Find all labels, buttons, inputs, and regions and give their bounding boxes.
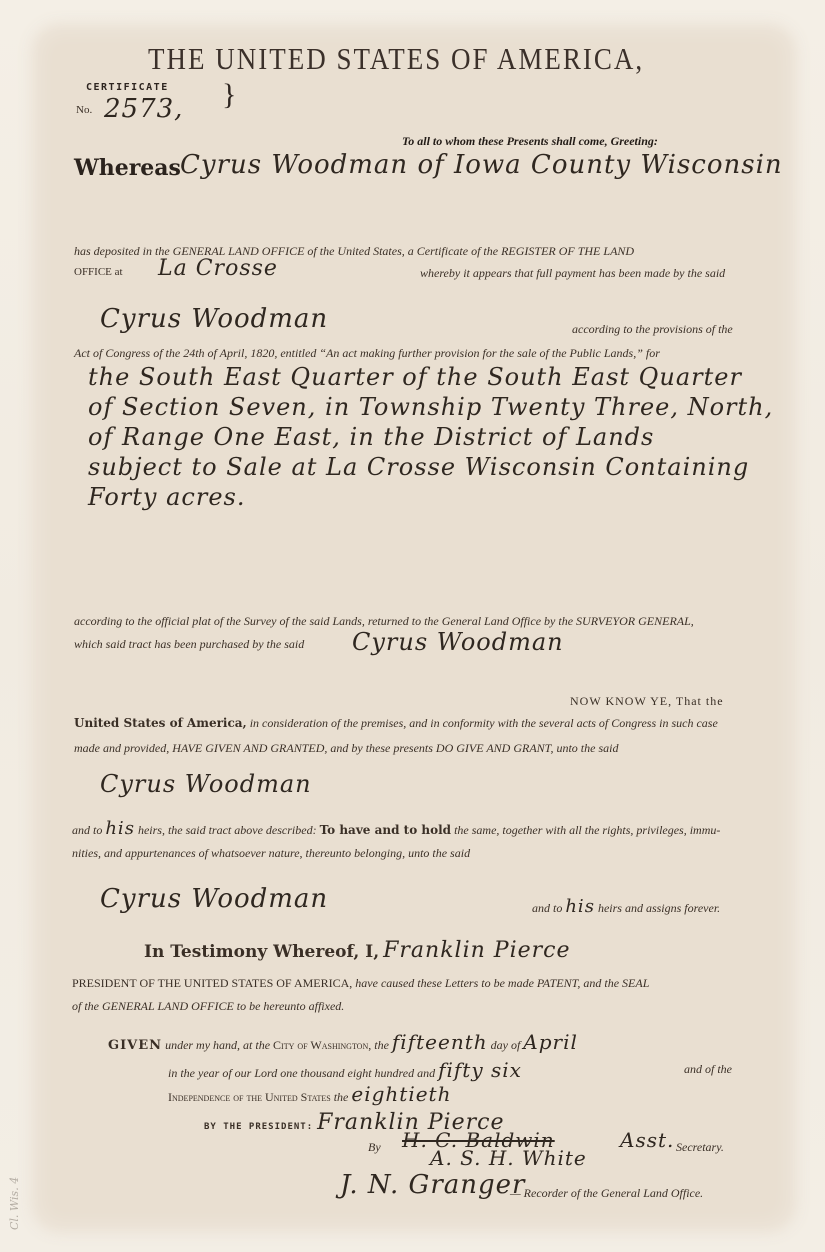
heirs-assigns-text: heirs and assigns forever. — [598, 901, 720, 915]
certificate-no-label: No. — [76, 104, 92, 116]
testimony-gothic: In Testimony Whereof, I, — [144, 942, 379, 962]
payment-text: whereby it appears that full payment has… — [420, 266, 725, 281]
given-label: GIVEN — [108, 1038, 162, 1053]
and-of-the-text: and of the — [684, 1062, 732, 1077]
secretary-handwritten: A. S. H. White — [430, 1146, 587, 1170]
page-background: Cl. Wis. 4 THE UNITED STATES OF AMERICA,… — [0, 0, 825, 1252]
month-handwritten: April — [523, 1030, 578, 1054]
independence-handwritten: eightieth — [351, 1082, 451, 1106]
year-line: in the year of our Lord one thousand eig… — [168, 1058, 522, 1082]
document-title: THE UNITED STATES OF AMERICA, — [148, 42, 644, 77]
habendum-paragraph: and to his heirs, the said tract above d… — [72, 818, 720, 839]
letters-patent-text: have caused these Letters to be made PAT… — [355, 976, 649, 990]
independence-the: the — [334, 1090, 349, 1104]
now-know-ye: NOW KNOW YE, That the — [570, 694, 724, 709]
by-label: By — [368, 1140, 381, 1155]
secretary-label: Secretary. — [676, 1140, 724, 1155]
united-states-gothic: United States of America, — [74, 716, 247, 730]
his-handwritten: his — [105, 818, 135, 839]
city-of-washington: City of Washington, — [273, 1038, 371, 1052]
survey-text: according to the official plat of the Su… — [74, 614, 694, 629]
payer-handwritten: Cyrus Woodman — [100, 304, 328, 334]
margin-note: Cl. Wis. 4 — [8, 1110, 28, 1230]
year-handwritten: fifty six — [438, 1058, 522, 1082]
year-text: in the year of our Lord one thousand eig… — [168, 1066, 435, 1080]
given-text: under my hand, at the — [165, 1038, 270, 1052]
asst-handwritten: Asst. — [620, 1128, 674, 1152]
greeting: To all to whom these Presents shall come… — [402, 134, 658, 149]
day-handwritten: fifteenth — [392, 1030, 488, 1054]
land-office-handwritten: La Crosse — [158, 256, 278, 281]
legal-line: Forty acres. — [88, 482, 773, 512]
legal-line: of Range One East, in the District of La… — [88, 422, 773, 452]
consideration-text: in consideration of the premises, and in… — [250, 716, 718, 730]
purchased-text: which said tract has been purchased by t… — [74, 637, 304, 652]
his-handwritten-2: his — [565, 896, 595, 917]
appurtenances-text: nities, and appurtenances of whatsoever … — [72, 846, 470, 861]
given-line: GIVEN under my hand, at the City of Wash… — [108, 1030, 578, 1054]
patent-line: PRESIDENT OF THE UNITED STATES OF AMERIC… — [72, 976, 649, 991]
grantee2-handwritten: Cyrus Woodman — [100, 884, 328, 914]
grant-paragraph: United States of America, in considerati… — [74, 716, 718, 731]
heirs-text: heirs, the said tract above described: — [138, 823, 317, 837]
grantee-handwritten: Cyrus Woodman — [100, 770, 312, 798]
whereas-label: Whereas — [74, 155, 181, 181]
purchaser-handwritten: Cyrus Woodman — [352, 628, 564, 656]
assigns-line: and to his heirs and assigns forever. — [532, 896, 720, 917]
whereas-handwritten: Cyrus Woodman of Iowa County Wisconsin — [180, 150, 783, 180]
and-to-text-2: and to — [532, 901, 562, 915]
rights-text: the same, together with all the rights, … — [454, 823, 720, 837]
brace-icon: } — [222, 78, 236, 112]
by-president-label: BY THE PRESIDENT: — [204, 1122, 313, 1132]
president-title: PRESIDENT OF THE UNITED STATES OF AMERIC… — [72, 976, 352, 990]
testimony-line: In Testimony Whereof, I, Franklin Pierce — [144, 938, 571, 963]
recorder-handwritten: J. N. Granger — [340, 1170, 525, 1200]
granted-text: made and provided, HAVE GIVEN AND GRANTE… — [74, 741, 618, 756]
given-the: the — [374, 1038, 389, 1052]
and-to-text: and to — [72, 823, 102, 837]
certificate-number: 2573, — [104, 94, 183, 124]
to-have-and-to-hold-gothic: To have and to hold — [320, 823, 452, 837]
legal-line: the South East Quarter of the South East… — [88, 362, 773, 392]
recorder-label: — Recorder of the General Land Office. — [510, 1186, 703, 1201]
independence-line: Independence of the United States the ei… — [168, 1082, 451, 1106]
office-at-label: OFFICE at — [74, 266, 123, 278]
independence-label: Independence of the United States — [168, 1090, 331, 1104]
seal-text: of the GENERAL LAND OFFICE to be hereunt… — [72, 999, 344, 1014]
certificate-label: CERTIFICATE — [86, 82, 169, 93]
legal-line: subject to Sale at La Crosse Wisconsin C… — [88, 452, 773, 482]
legal-description-handwritten: the South East Quarter of the South East… — [88, 362, 773, 512]
legal-line: of Section Seven, in Township Twenty Thr… — [88, 392, 773, 422]
president-handwritten: Franklin Pierce — [383, 938, 570, 963]
act-of-congress-text: Act of Congress of the 24th of April, 18… — [74, 346, 660, 361]
provisions-text: according to the provisions of the — [572, 322, 733, 337]
day-of-text: day of — [491, 1038, 521, 1052]
